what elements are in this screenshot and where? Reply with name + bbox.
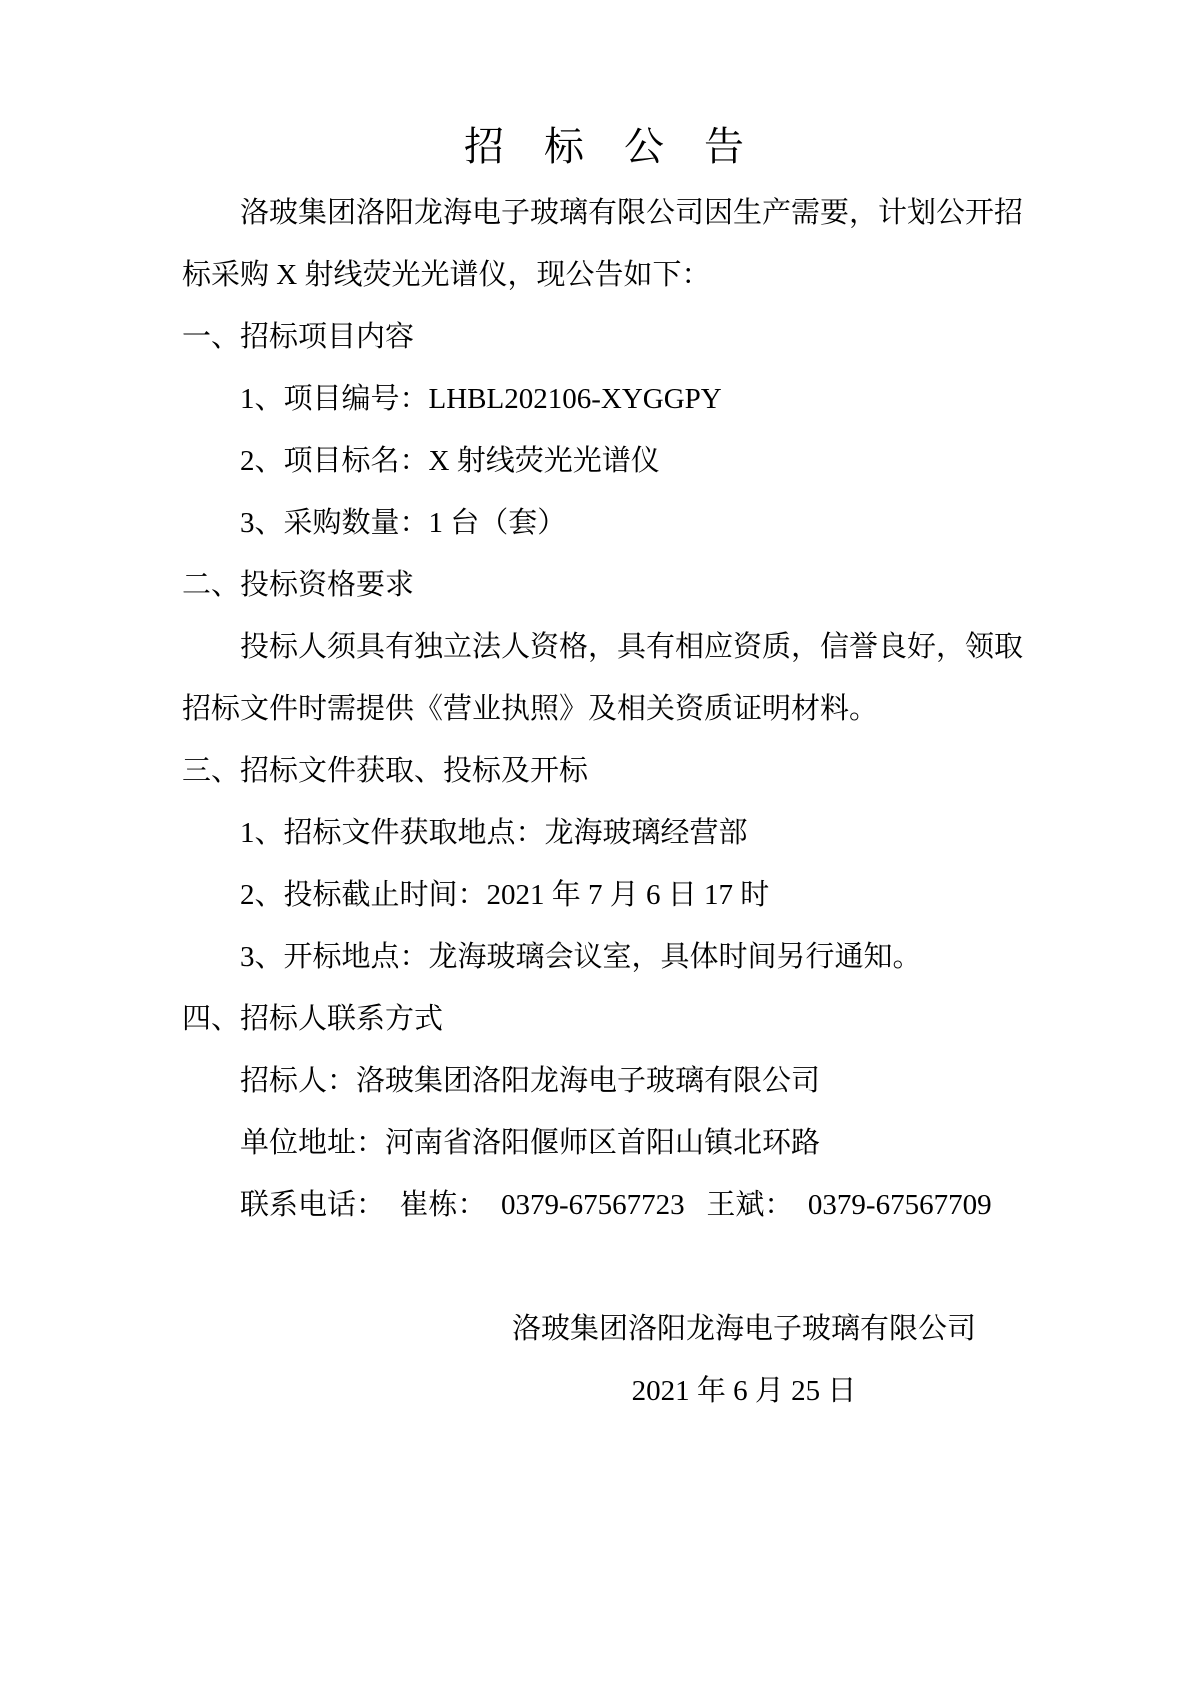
section-heading-1: 一、招标项目内容 — [182, 306, 1026, 368]
item-bid-opening-location: 3、开标地点：龙海玻璃会议室，具体时间另行通知。 — [182, 926, 1026, 988]
document-title: 招 标 公 告 — [182, 112, 1026, 182]
qualification-paragraph: 投标人须具有独立法人资格，具有相应资质，信誉良好，领取招标文件时需提供《营业执照… — [182, 616, 1026, 740]
signature-company: 洛玻集团洛阳龙海电子玻璃有限公司 — [322, 1298, 1166, 1360]
document-page: 招 标 公 告 洛玻集团洛阳龙海电子玻璃有限公司因生产需要，计划公开招标采购 X… — [0, 0, 1191, 1684]
section-heading-3: 三、招标文件获取、投标及开标 — [182, 740, 1026, 802]
item-purchase-quantity: 3、采购数量：1 台（套） — [182, 492, 1026, 554]
item-project-number: 1、项目编号：LHBL202106-XYGGPY — [182, 368, 1026, 430]
item-document-pickup-location: 1、招标文件获取地点：龙海玻璃经营部 — [182, 802, 1026, 864]
item-company-address: 单位地址：河南省洛阳偃师区首阳山镇北环路 — [182, 1112, 1026, 1174]
intro-paragraph: 洛玻集团洛阳龙海电子玻璃有限公司因生产需要，计划公开招标采购 X 射线荧光光谱仪… — [182, 182, 1026, 306]
signature-block: 洛玻集团洛阳龙海电子玻璃有限公司 2021 年 6 月 25 日 — [322, 1298, 1166, 1422]
item-bid-deadline: 2、投标截止时间：2021 年 7 月 6 日 17 时 — [182, 864, 1026, 926]
signature-date: 2021 年 6 月 25 日 — [322, 1360, 1166, 1422]
item-tenderer-name: 招标人：洛玻集团洛阳龙海电子玻璃有限公司 — [182, 1050, 1026, 1112]
item-contact-phones: 联系电话： 崔栋： 0379-67567723 王斌： 0379-6756770… — [182, 1174, 1026, 1236]
section-heading-4: 四、招标人联系方式 — [182, 988, 1026, 1050]
section-heading-2: 二、投标资格要求 — [182, 554, 1026, 616]
item-project-name: 2、项目标名：X 射线荧光光谱仪 — [182, 430, 1026, 492]
